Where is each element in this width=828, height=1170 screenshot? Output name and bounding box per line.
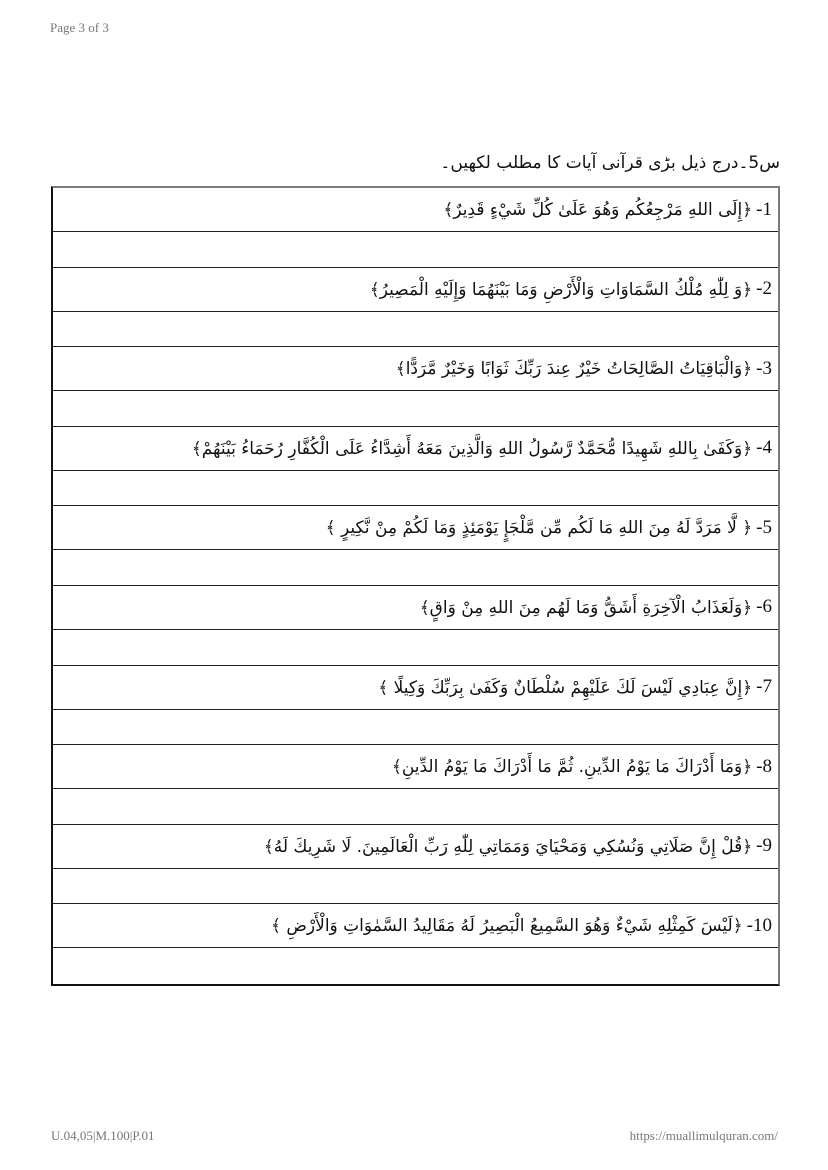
answer-field-7[interactable] <box>53 710 778 746</box>
answer-field-2[interactable] <box>53 312 778 348</box>
answer-field-3[interactable] <box>53 391 778 427</box>
verse-number: -5 <box>756 517 772 539</box>
verse-number: -7 <box>756 676 772 698</box>
answer-field-8[interactable] <box>53 789 778 825</box>
question-heading: س5۔درج ذیل بڑی قرآنی آیات کا مطلب لکھیں۔ <box>440 152 780 173</box>
verse-text: ﴿وَمَا أَدْرَاكَ مَا يَوْمُ الدِّينِ. ثُ… <box>392 756 752 777</box>
verse-number: -4 <box>756 437 772 459</box>
verse-text: ﴿وَكَفَىٰ بِاللهِ شَهِيدًا مُّحَمَّدٌ رَ… <box>192 438 752 459</box>
verse-text: ﴿إِنَّ عِبَادِي لَيْسَ لَكَ عَلَيْهِمْ س… <box>378 677 752 698</box>
footer-url[interactable]: https://muallimulquran.com/ <box>630 1128 778 1144</box>
page-number-label: Page 3 of 3 <box>50 20 109 36</box>
answer-field-9[interactable] <box>53 869 778 905</box>
verse-text: ﴿وَ لِلّٰهِ مُلْكُ السَّمَاوَاتِ وَالْأَ… <box>370 279 752 300</box>
verse-number: -9 <box>756 835 772 857</box>
footer-code: U.04,05|M.100|P.01 <box>51 1128 154 1144</box>
answer-field-5[interactable] <box>53 550 778 586</box>
verse-row-8: ﴿وَمَا أَدْرَاكَ مَا يَوْمُ الدِّينِ. ثُ… <box>53 745 778 789</box>
verse-row-10: ﴿لَيْسَ كَمِثْلِهِ شَيْءٌ وَهُوَ السَّمِ… <box>53 904 778 948</box>
verse-row-3: ﴿وَالْبَاقِيَاتُ الصَّالِحَاتُ خَيْرٌ عِ… <box>53 347 778 391</box>
verse-text: ﴿ لَّا مَرَدَّ لَهُ مِنَ اللهِ مَا لَكُم… <box>326 517 753 538</box>
answer-field-4[interactable] <box>53 471 778 507</box>
answer-field-6[interactable] <box>53 630 778 666</box>
answer-field-1[interactable] <box>53 232 778 268</box>
answer-field-10[interactable] <box>53 948 778 984</box>
verse-number: -1 <box>756 199 772 221</box>
verse-text: ﴿وَلَعَذَابُ الْآخِرَةِ أَشَقُّ وَمَا لَ… <box>420 597 752 618</box>
verse-row-1: ﴿إِلَى اللهِ مَرْجِعُكُم وَهُوَ عَلَىٰ ك… <box>53 188 778 232</box>
verse-row-5: ﴿ لَّا مَرَدَّ لَهُ مِنَ اللهِ مَا لَكُم… <box>53 506 778 550</box>
verse-row-6: ﴿وَلَعَذَابُ الْآخِرَةِ أَشَقُّ وَمَا لَ… <box>53 586 778 630</box>
verse-row-2: ﴿وَ لِلّٰهِ مُلْكُ السَّمَاوَاتِ وَالْأَ… <box>53 268 778 312</box>
verse-text: ﴿قُلْ إِنَّ صَلَاتِي وَنُسُكِي وَمَحْيَا… <box>264 836 752 857</box>
verse-number: -6 <box>756 596 772 618</box>
verse-row-4: ﴿وَكَفَىٰ بِاللهِ شَهِيدًا مُّحَمَّدٌ رَ… <box>53 427 778 471</box>
verse-text: ﴿وَالْبَاقِيَاتُ الصَّالِحَاتُ خَيْرٌ عِ… <box>396 358 752 379</box>
verse-number: -3 <box>756 358 772 380</box>
verse-row-9: ﴿قُلْ إِنَّ صَلَاتِي وَنُسُكِي وَمَحْيَا… <box>53 825 778 869</box>
verse-text: ﴿لَيْسَ كَمِثْلِهِ شَيْءٌ وَهُوَ السَّمِ… <box>271 915 743 936</box>
verses-table: ﴿إِلَى اللهِ مَرْجِعُكُم وَهُوَ عَلَىٰ ك… <box>51 186 780 986</box>
verse-number: -8 <box>756 756 772 778</box>
verse-text: ﴿إِلَى اللهِ مَرْجِعُكُم وَهُوَ عَلَىٰ ك… <box>443 199 752 220</box>
verse-number: -2 <box>756 278 772 300</box>
verse-number: -10 <box>747 915 772 937</box>
verse-row-7: ﴿إِنَّ عِبَادِي لَيْسَ لَكَ عَلَيْهِمْ س… <box>53 666 778 710</box>
